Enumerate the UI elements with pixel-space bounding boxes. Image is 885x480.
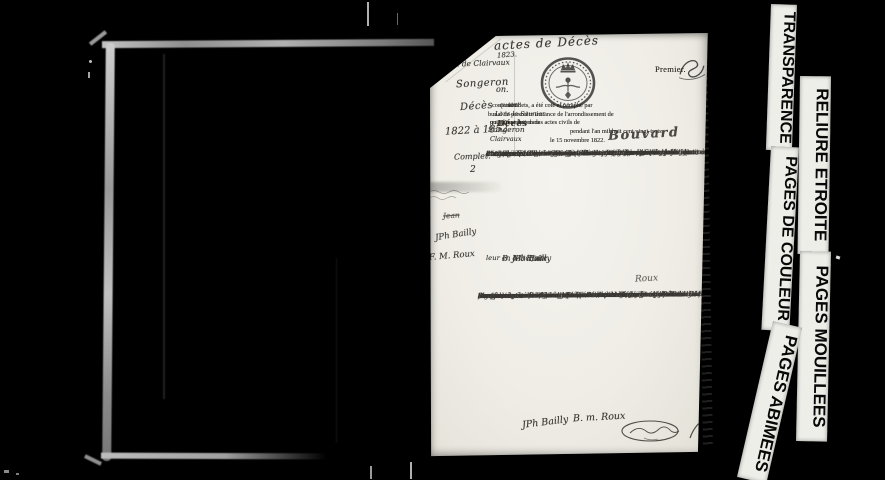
film-dust-speck (16, 473, 19, 475)
condition-label-pages-mouillees: PAGES MOUILLEES (796, 251, 831, 442)
book-cover-corner-bottom (84, 454, 102, 465)
margin-signature-bailly: JPh Bailly (434, 227, 477, 243)
paraph-flourish-icon (678, 55, 706, 83)
film-dust-speck (88, 72, 90, 78)
form-line-5-date: le 15 novembre 1822. (550, 137, 605, 144)
film-scratch (367, 2, 369, 26)
bottom-signature-bailly: JPh Bailly (522, 414, 569, 431)
act-1-text: L'an de huit cent vingt trois le vingt s… (486, 148, 704, 150)
film-dust-speck (4, 470, 9, 473)
film-scratch (370, 466, 372, 479)
book-cover-top-edge (102, 39, 434, 48)
form-line-1-printed-after: feuillets, a été coté et paraphé par (508, 102, 592, 109)
condition-label-pages-de-couleur: PAGES DE COULEUR (761, 146, 799, 331)
condition-label-pages-abimees: PAGES ABIMEES (737, 321, 802, 480)
margin-signature-roux: F. M. Roux (429, 249, 476, 263)
condition-label-transparence: TRANSPARENCE (766, 4, 797, 151)
form-line-5-filled: Clairvaux (490, 135, 522, 143)
margin-number: 2 (470, 165, 476, 175)
margin-canton: Canton de Clairvaux (432, 58, 510, 70)
book-cover-crease-2 (336, 258, 337, 443)
act-1-signature-roux: B. M. Roux (502, 254, 547, 263)
act-2-text: L'an de huit cent vingt trois le treiziè… (478, 290, 696, 292)
microfilm-frame: actes de Décès 1823. on. Premier. Canton… (0, 0, 885, 480)
film-dust-speck (836, 255, 841, 259)
act-line: signé avec nous après que lecture leur e… (478, 290, 680, 301)
margin-crossed-word: Jean (443, 211, 460, 221)
film-dust-speck (89, 60, 92, 63)
act-line: ont signé le présent acte avec nous aprè… (486, 148, 690, 159)
book-cover-left-edge (102, 43, 115, 461)
film-scratch (410, 462, 412, 479)
condition-label-reliure-etroite: RELIURE ETROITE (798, 76, 831, 254)
act-1-flourish-signature: Roux (635, 273, 659, 284)
book-cover-crease (163, 54, 165, 399)
register-page: actes de Décès 1823. on. Premier. Canton… (430, 33, 710, 457)
film-scratch (397, 13, 398, 25)
book-cover-bottom-edge (101, 453, 326, 460)
form-line-2-filled: Lons-le-Saunier (495, 111, 545, 118)
form-line-4-filled: Songeron (488, 125, 525, 134)
clerk-signature-bouvard: Bouvard (608, 125, 680, 144)
margin-note-scribble (428, 189, 472, 203)
